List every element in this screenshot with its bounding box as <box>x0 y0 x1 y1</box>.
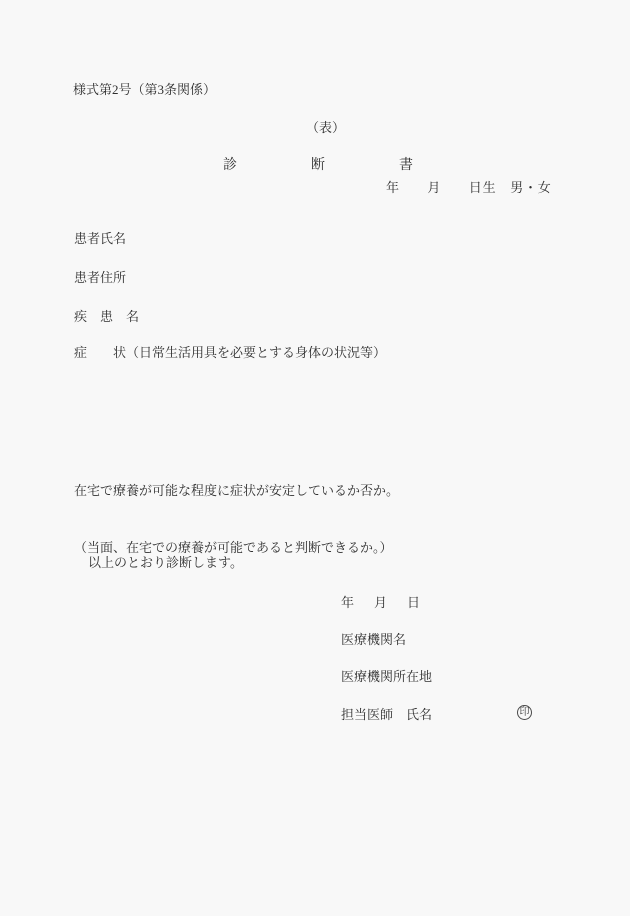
field-disease-name: 疾 患 名 <box>74 310 139 323</box>
footer-date-line: 年 月 日 <box>341 596 424 609</box>
field-symptoms: 症 状（日常生活用具を必要とする身体の状況等） <box>74 346 386 359</box>
seal-stamp-icon: 印 <box>517 705 532 720</box>
field-patient-address: 患者住所 <box>74 271 126 284</box>
document-title: 診断書 <box>223 159 487 173</box>
conclusion-statement: 以上のとおり診断します。 <box>88 556 243 569</box>
institution-address-label: 医療機関所在地 <box>341 670 432 683</box>
side-label-front: （表） <box>306 121 345 134</box>
doctor-name-label: 担当医師 氏名 <box>341 708 432 721</box>
stability-question-line1: 在宅で療養が可能な程度に症状が安定しているか否か。 <box>74 481 399 500</box>
institution-name-label: 医療機関名 <box>341 633 406 646</box>
form-number: 様式第2号（第3条関係） <box>73 83 216 96</box>
field-patient-name: 患者氏名 <box>74 232 126 245</box>
birth-date-gender-line: 年 月 日生 男・女 <box>386 181 552 194</box>
document-page: { "page": { "background_color": "#f8f8f8… <box>0 0 630 916</box>
